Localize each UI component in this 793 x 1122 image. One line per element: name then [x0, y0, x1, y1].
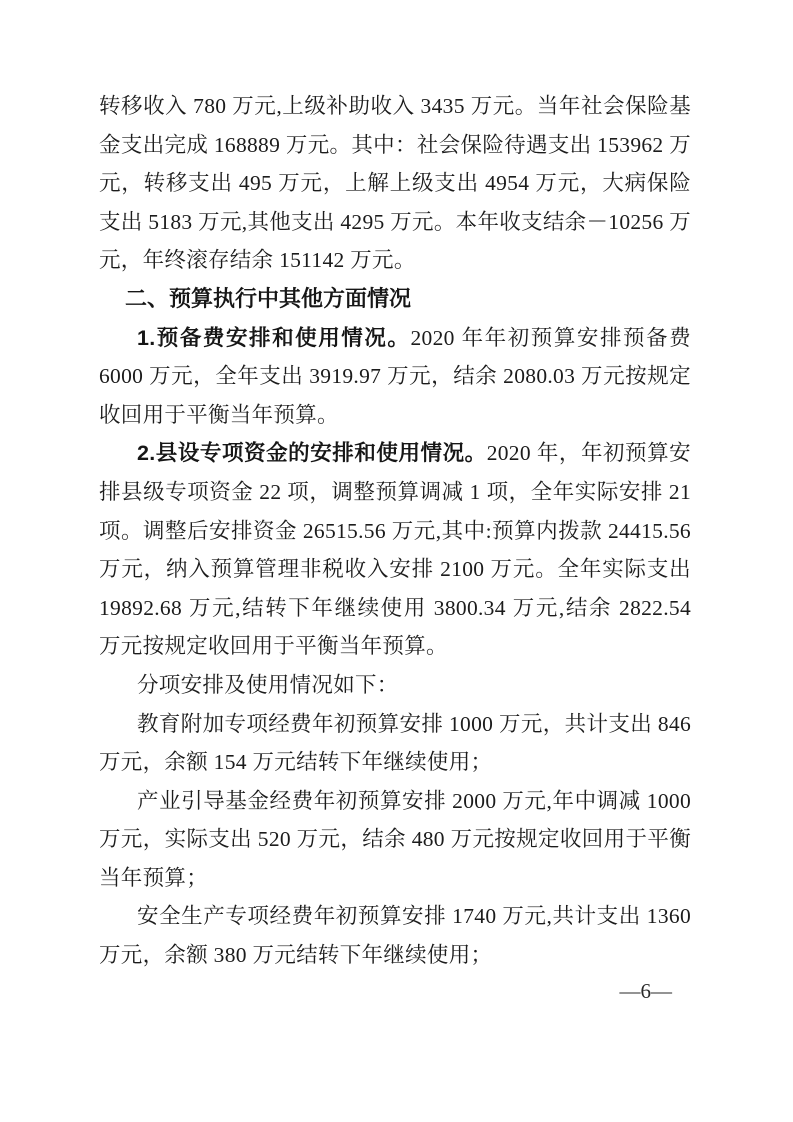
paragraph-reserve-funds: 1.预备费安排和使用情况。2020 年年初预算安排预备费 6000 万元，全年支… — [99, 319, 691, 435]
paragraph-special-funds-lead: 2.县设专项资金的安排和使用情况。 — [137, 441, 487, 465]
page-number: —6— — [620, 976, 673, 1006]
document-page: 转移收入 780 万元,上级补助收入 3435 万元。当年社会保险基金支出完成 … — [0, 0, 793, 1122]
paragraph-special-funds: 2.县设专项资金的安排和使用情况。2020 年，年初预算安排县级专项资金 22 … — [99, 434, 691, 666]
paragraph-education-surcharge: 教育附加专项经费年初预算安排 1000 万元，共计支出 846 万元，余额 15… — [99, 705, 691, 782]
paragraph-safety-production-fund: 安全生产专项经费年初预算安排 1740 万元,共计支出 1360 万元，余额 3… — [99, 897, 691, 974]
document-content: 转移收入 780 万元,上级补助收入 3435 万元。当年社会保险基金支出完成 … — [99, 87, 691, 975]
paragraph-social-insurance-continuation: 转移收入 780 万元,上级补助收入 3435 万元。当年社会保险基金支出完成 … — [99, 87, 691, 280]
paragraph-sub-intro: 分项安排及使用情况如下： — [99, 666, 691, 705]
paragraph-reserve-funds-lead: 1.预备费安排和使用情况。 — [137, 326, 410, 350]
section-heading-budget-execution-other: 二、预算执行中其他方面情况 — [99, 280, 691, 319]
paragraph-industry-guidance-fund: 产业引导基金经费年初预算安排 2000 万元,年中调减 1000 万元，实际支出… — [99, 782, 691, 898]
paragraph-special-funds-text: 2020 年，年初预算安排县级专项资金 22 项，调整预算调减 1 项，全年实际… — [99, 441, 691, 658]
